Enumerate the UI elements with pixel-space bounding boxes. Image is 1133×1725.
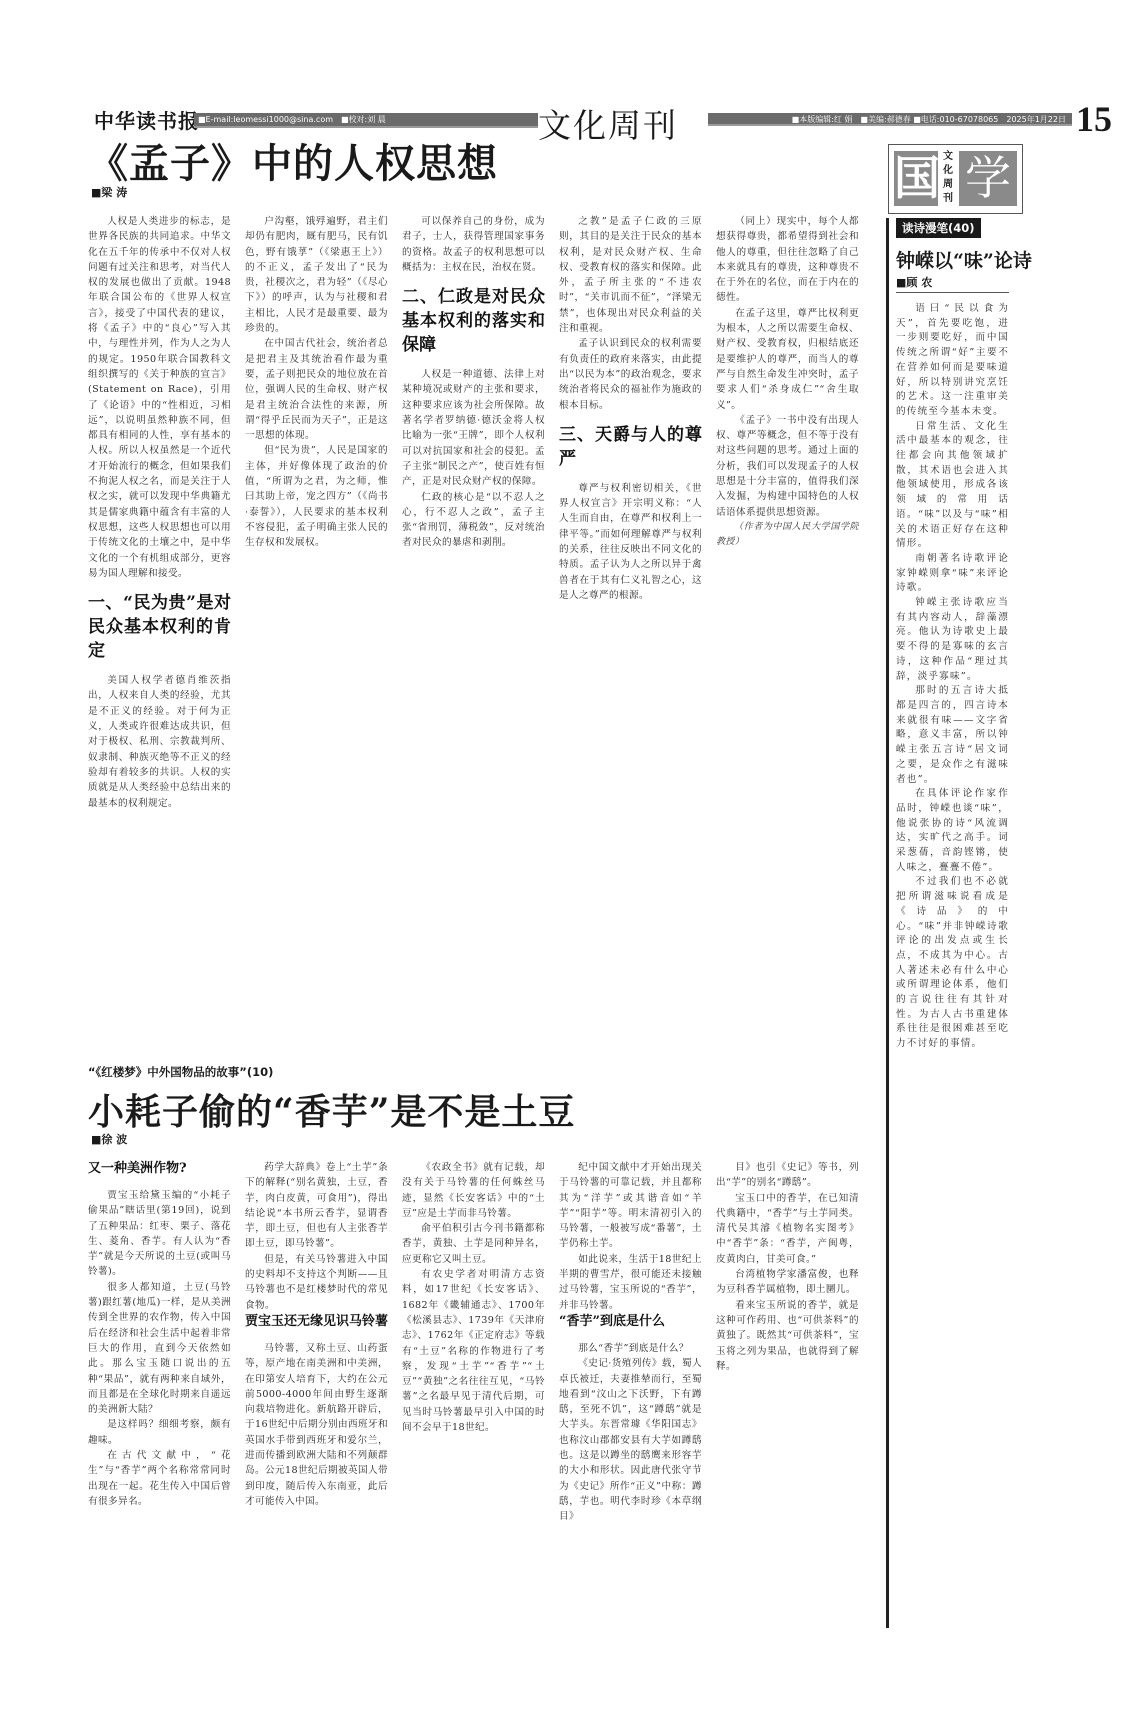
guoxue-logo-right: 学 — [959, 151, 1017, 206]
article1-title: 《孟子》中的人权思想 — [88, 132, 498, 189]
article2-series-label: “《红楼梦》中外国物品的故事”(10) — [88, 1064, 273, 1080]
paragraph: 不过我们也不必就把所谓滋味说看成是《诗品》的中心。“味”并非钟嵘诗歌评论的出发点… — [896, 875, 1009, 1051]
paragraph: 日常生活、文化生活中最基本的观念，往往都会向其他领域扩散，其术语也会进入其他领域… — [896, 420, 1009, 552]
guoxue-logo-left: 国 — [894, 151, 938, 206]
paragraph: 南朝著名诗歌评论家钟嵘则拿“味”来评论诗歌。 — [896, 552, 1009, 596]
subheading: “香芋”到底是什么 — [559, 1313, 702, 1331]
paragraph: 在具体评论作家作品时，钟嵘也谈“味”，他说张协的诗“风流调达，实旷代之高手。词采… — [896, 787, 1009, 875]
paragraph: 宝玉口中的香芋，在已知清代典籍中，“香芋”与土芋同类。清代吴其濬《植物名实图考》… — [716, 1191, 859, 1267]
paragraph: 是这样吗？细细考察，颇有趣味。 — [88, 1417, 231, 1448]
masthead-editor-bar: ■本版编辑:红 娟 ■美编:郝德春 ■电话:010-67078065 2025年… — [708, 113, 1072, 126]
sidebar-rule — [886, 218, 889, 1628]
paragraph: （同上）现实中，每个人都想获得尊贵，都希望得到社会和他人的尊重，但往往忽略了自己… — [716, 214, 859, 306]
paragraph: 《孟子》一书中没有出现人权、尊严等概念，但不等于没有对这些问题的思考。通过上面的… — [716, 413, 859, 520]
article1-column-1: 人权是人类进步的标志，是世界各民族的共同追求。中华文化在五千年的传承中不仅对人权… — [88, 214, 231, 1044]
paragraph: 《农政全书》就有记载，却没有关于马铃薯的任何蛛丝马迹，显然《长安客话》中的“土豆… — [402, 1160, 545, 1221]
article1-column-4: 之教”是孟子仁政的三原则，其目的是关注于民众的基本权利，是对民众财产权、生命权、… — [559, 214, 702, 1044]
section-title: 文化周刊 — [538, 100, 678, 147]
page-number: 15 — [1076, 98, 1112, 140]
paragraph: 人权是人类进步的标志，是世界各民族的共同追求。中华文化在五千年的传承中不仅对人权… — [88, 214, 231, 581]
subheading: 一、“民为贵”是对民众基本权利的肯定 — [88, 591, 231, 663]
paragraph: 美国人权学者德肖维茨指出，人权来自人类的经验，尤其是不正义的经验。对于何为正义，… — [88, 673, 231, 811]
sidebar-body: 语曰“民以食为天”，首先要吃饱，进一步则要吃好，而中国传统之所谓“好”主要不在营… — [896, 302, 1009, 1622]
sidebar-title: 钟嵘以“味”论诗 — [896, 246, 1032, 273]
paragraph: 但“民为贵”，人民是国家的主体，并好像体现了政治的价值，“所谓为之君，为之师，惟… — [245, 443, 388, 550]
article2-title: 小耗子偷的“香芋”是不是土豆 — [88, 1084, 575, 1135]
sidebar-byline: ■顾 农 — [896, 274, 932, 290]
paragraph: 之教”是孟子仁政的三原则，其目的是关注于民众的基本权利，是对民众财产权、生命权、… — [559, 214, 702, 336]
paragraph: 尊严与权利密切相关，《世界人权宣言》开宗明义称：“人人生而自由，在尊严和权利上一… — [559, 481, 702, 603]
paragraph: 钟嵘主张诗歌应当有其内容动人，辞藻漂亮。他认为诗歌史上最要不得的是寡味的玄言诗，… — [896, 596, 1009, 684]
sidebar-column: 读诗漫笔(40) 钟嵘以“味”论诗 ■顾 农 语曰“民以食为天”，首先要吃饱，进… — [882, 218, 1128, 1628]
paragraph: 马铃薯，又称土豆、山药蛋等，原产地在南美洲和中美洲，在印第安人培育下，大约在公元… — [245, 1341, 388, 1509]
article2-body: 又一种美洲作物? 贾宝玉给黛玉编的“小耗子偷果品”瞎话里(第19回)，说到了五种… — [88, 1160, 878, 1628]
paragraph: 如此说来，生活于18世纪上半期的曹雪芹，很可能还未接触过马铃薯，宝玉所说的“香芋… — [559, 1252, 702, 1313]
paragraph: 那么“香芋”到底是什么？ — [559, 1341, 702, 1356]
paragraph: 看来宝玉所说的香芋，就是这种可作药用、也“可供茶料”的黄独了。既然其“可供茶料”… — [716, 1298, 859, 1374]
paragraph: 语曰“民以食为天”，首先要吃饱，进一步则要吃好，而中国传统之所谓“好”主要不在营… — [896, 302, 1009, 420]
paragraph: 贾宝玉给黛玉编的“小耗子偷果品”瞎话里(第19回)，说到了五种果品：红枣、栗子、… — [88, 1188, 231, 1280]
article1-column-5: （同上）现实中，每个人都想获得尊贵，都希望得到社会和他人的尊重，但往往忽略了自己… — [716, 214, 859, 1044]
paragraph: 纪中国文献中才开始出现关于马铃薯的可靠记载，并且都称其为“洋芋”或其谐音如“羊芋… — [559, 1160, 702, 1252]
paragraph: 户沟壑，饿殍遍野，君主们却仍有肥肉，厩有肥马，民有饥色，野有饿莩”（《梁惠王上》… — [245, 214, 388, 336]
paragraph: 可以保养自己的身份，成为君子，士人，获得管理国家事务的资格。故孟子的权利思想可以… — [402, 214, 545, 275]
paragraph: 《史记·货殖列传》载，蜀人卓氏被迁，夫妻推辇而行，至蜀地看到“汶山之下沃野，下有… — [559, 1356, 702, 1524]
article2-column-5: 目》也引《史记》等书，列出“芋”的别名“蹲鸱”。 宝玉口中的香芋，在已知清代典籍… — [716, 1160, 859, 1628]
paragraph: 有农史学者对明清方志资料，如17世纪《长安客话》、1682年《畿辅通志》、170… — [402, 1267, 545, 1435]
guoxue-logo: 国 文化周刊 学 — [888, 144, 1023, 214]
paragraph: 很多人都知道，土豆(马铃薯)跟红薯(地瓜)一样，是从美洲传到全世界的农作物，传入… — [88, 1280, 231, 1418]
article1-column-2: 户沟壑，饿殍遍野，君主们却仍有肥肉，厩有肥马，民有饥色，野有饿莩”（《梁惠王上》… — [245, 214, 388, 1044]
column-tag: 读诗漫笔(40) — [896, 218, 981, 238]
author-note: （作者为中国人民大学国学院教授） — [716, 520, 859, 551]
subheading: 贾宝玉还无缘见识马铃薯 — [245, 1313, 388, 1331]
paragraph: 在古代文献中，“花生”与“香芋”两个名称常常同时出现在一起。花生传入中国后曾有很… — [88, 1448, 231, 1509]
article1-byline: ■梁 涛 — [91, 184, 127, 200]
divider — [896, 292, 1009, 293]
masthead: 中华读书报 ■E-mail:leomessi1000@sina.com ■校对:… — [88, 104, 1128, 134]
newspaper-logo: 中华读书报 — [94, 105, 199, 134]
paragraph: 孟子认识到民众的权利需要有负责任的政府来落实，由此提出“以民为本”的政治观念，要… — [559, 336, 702, 412]
article2-column-1: 又一种美洲作物? 贾宝玉给黛玉编的“小耗子偷果品”瞎话里(第19回)，说到了五种… — [88, 1160, 231, 1628]
paragraph: 但是，有关马铃薯进入中国的史料却不支持这个判断——且马铃薯也不是红楼梦时代的常见… — [245, 1252, 388, 1313]
paragraph: 在孟子这里，尊严比权利更为根本，人之所以需要生命权、财产权、受教育权，归根结底还… — [716, 306, 859, 413]
article2-column-4: 纪中国文献中才开始出现关于马铃薯的可靠记载，并且都称其为“洋芋”或其谐音如“羊芋… — [559, 1160, 702, 1628]
article1-body: 人权是人类进步的标志，是世界各民族的共同追求。中华文化在五千年的传承中不仅对人权… — [88, 214, 878, 1044]
guoxue-logo-middle: 文化周刊 — [943, 150, 955, 206]
article2-column-2: 药学大辞典》卷上“土芋”条下的解释(“别名黄独，土豆，香芋，肉白皮黄，可食用”)… — [245, 1160, 388, 1628]
paragraph: 那时的五言诗大抵都是四言的，四言诗本来就很有味——文字省略，意义丰富，所以钟嵘主… — [896, 684, 1009, 787]
paragraph: 人权是一种道德、法律上对某种境况或财产的主张和要求，这种要求应该为社会所保障。故… — [402, 367, 545, 489]
newspaper-page: 中华读书报 ■E-mail:leomessi1000@sina.com ■校对:… — [88, 104, 1128, 1624]
paragraph: 在中国古代社会，统治者总是把君主及其统治看作最为重要，孟子则把民众的地位放在首位… — [245, 336, 388, 443]
paragraph: 仁政的核心是“以不忍人之心，行不忍人之政”，孟子主张“省刑罚，薄税敛”，反对统治… — [402, 490, 545, 551]
subheading: 三、天爵与人的尊严 — [559, 423, 702, 471]
subheading: 又一种美洲作物? — [88, 1160, 231, 1178]
article2-byline: ■徐 波 — [91, 1131, 127, 1147]
paragraph: 俞平伯积引古今刊书籍都称香芋，黄独、土芋是同种异名，应更称它又叫土豆。 — [402, 1221, 545, 1267]
article1-column-3: 可以保养自己的身份，成为君子，士人，获得管理国家事务的资格。故孟子的权利思想可以… — [402, 214, 545, 1044]
subheading: 二、仁政是对民众基本权利的落实和保障 — [402, 285, 545, 357]
paragraph: 药学大辞典》卷上“土芋”条下的解释(“别名黄独，土豆，香芋，肉白皮黄，可食用”)… — [245, 1160, 388, 1252]
paragraph: 目》也引《史记》等书，列出“芋”的别名“蹲鸱”。 — [716, 1160, 859, 1191]
article2-column-3: 《农政全书》就有记载，却没有关于马铃薯的任何蛛丝马迹，显然《长安客话》中的“土豆… — [402, 1160, 545, 1628]
masthead-contact-bar: ■E-mail:leomessi1000@sina.com ■校对:刘 晨 — [194, 113, 538, 128]
paragraph: 台湾植物学家潘富俊，也释为豆科香芋属植物，即土圞儿。 — [716, 1267, 859, 1298]
